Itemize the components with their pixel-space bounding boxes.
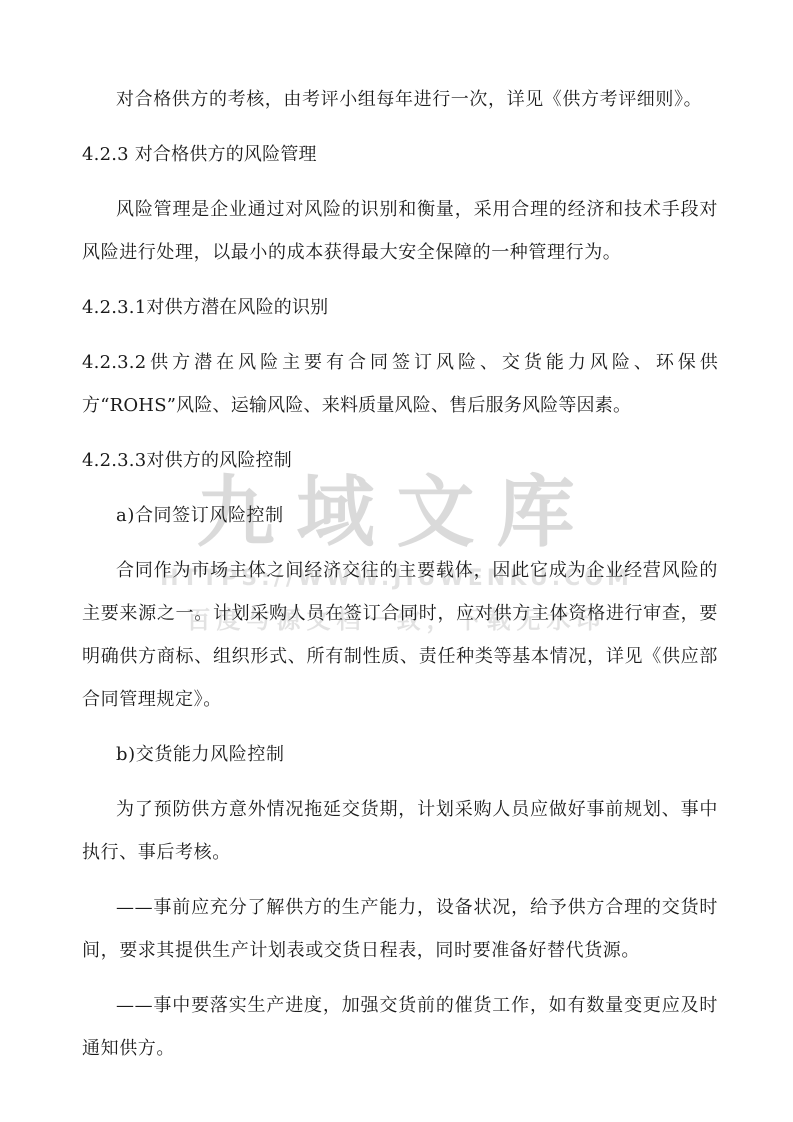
paragraph-risk-management-definition: 风险管理是企业通过对风险的识别和衡量，采用合理的经济和技术手段对风险进行处理，以… bbox=[82, 188, 718, 274]
subheading-contract-risk: a)合同签订风险控制 bbox=[82, 494, 718, 537]
section-heading-4-2-3-2: 4.2.3.2供方潜在风险主要有合同签订风险、交货能力风险、环保供方“ROHS”… bbox=[82, 341, 718, 427]
section-heading-4-2-3: 4.2.3 对合格供方的风险管理 bbox=[82, 133, 718, 176]
section-heading-4-2-3-1: 4.2.3.1对供方潜在风险的识别 bbox=[82, 286, 718, 329]
document-page: 对合格供方的考核，由考评小组每年进行一次，详见《供方考评细则》。 4.2.3 对… bbox=[82, 78, 718, 1070]
subheading-delivery-risk: b)交货能力风险控制 bbox=[82, 733, 718, 776]
paragraph-before-delivery: ——事前应充分了解供方的生产能力，设备状况，给予供方合理的交货时间，要求其提供生… bbox=[82, 886, 718, 972]
paragraph-contract-risk: 合同作为市场主体之间经济交往的主要载体，因此它成为企业经营风险的主要来源之一。计… bbox=[82, 549, 718, 721]
paragraph-during-delivery: ——事中要落实生产进度，加强交货前的催货工作，如有数量变更应及时通知供方。 bbox=[82, 984, 718, 1070]
paragraph-delivery-risk-intro: 为了预防供方意外情况拖延交货期，计划采购人员应做好事前规划、事中执行、事后考核。 bbox=[82, 788, 718, 874]
section-heading-4-2-3-3: 4.2.3.3对供方的风险控制 bbox=[82, 439, 718, 482]
paragraph-assessment: 对合格供方的考核，由考评小组每年进行一次，详见《供方考评细则》。 bbox=[82, 78, 718, 121]
